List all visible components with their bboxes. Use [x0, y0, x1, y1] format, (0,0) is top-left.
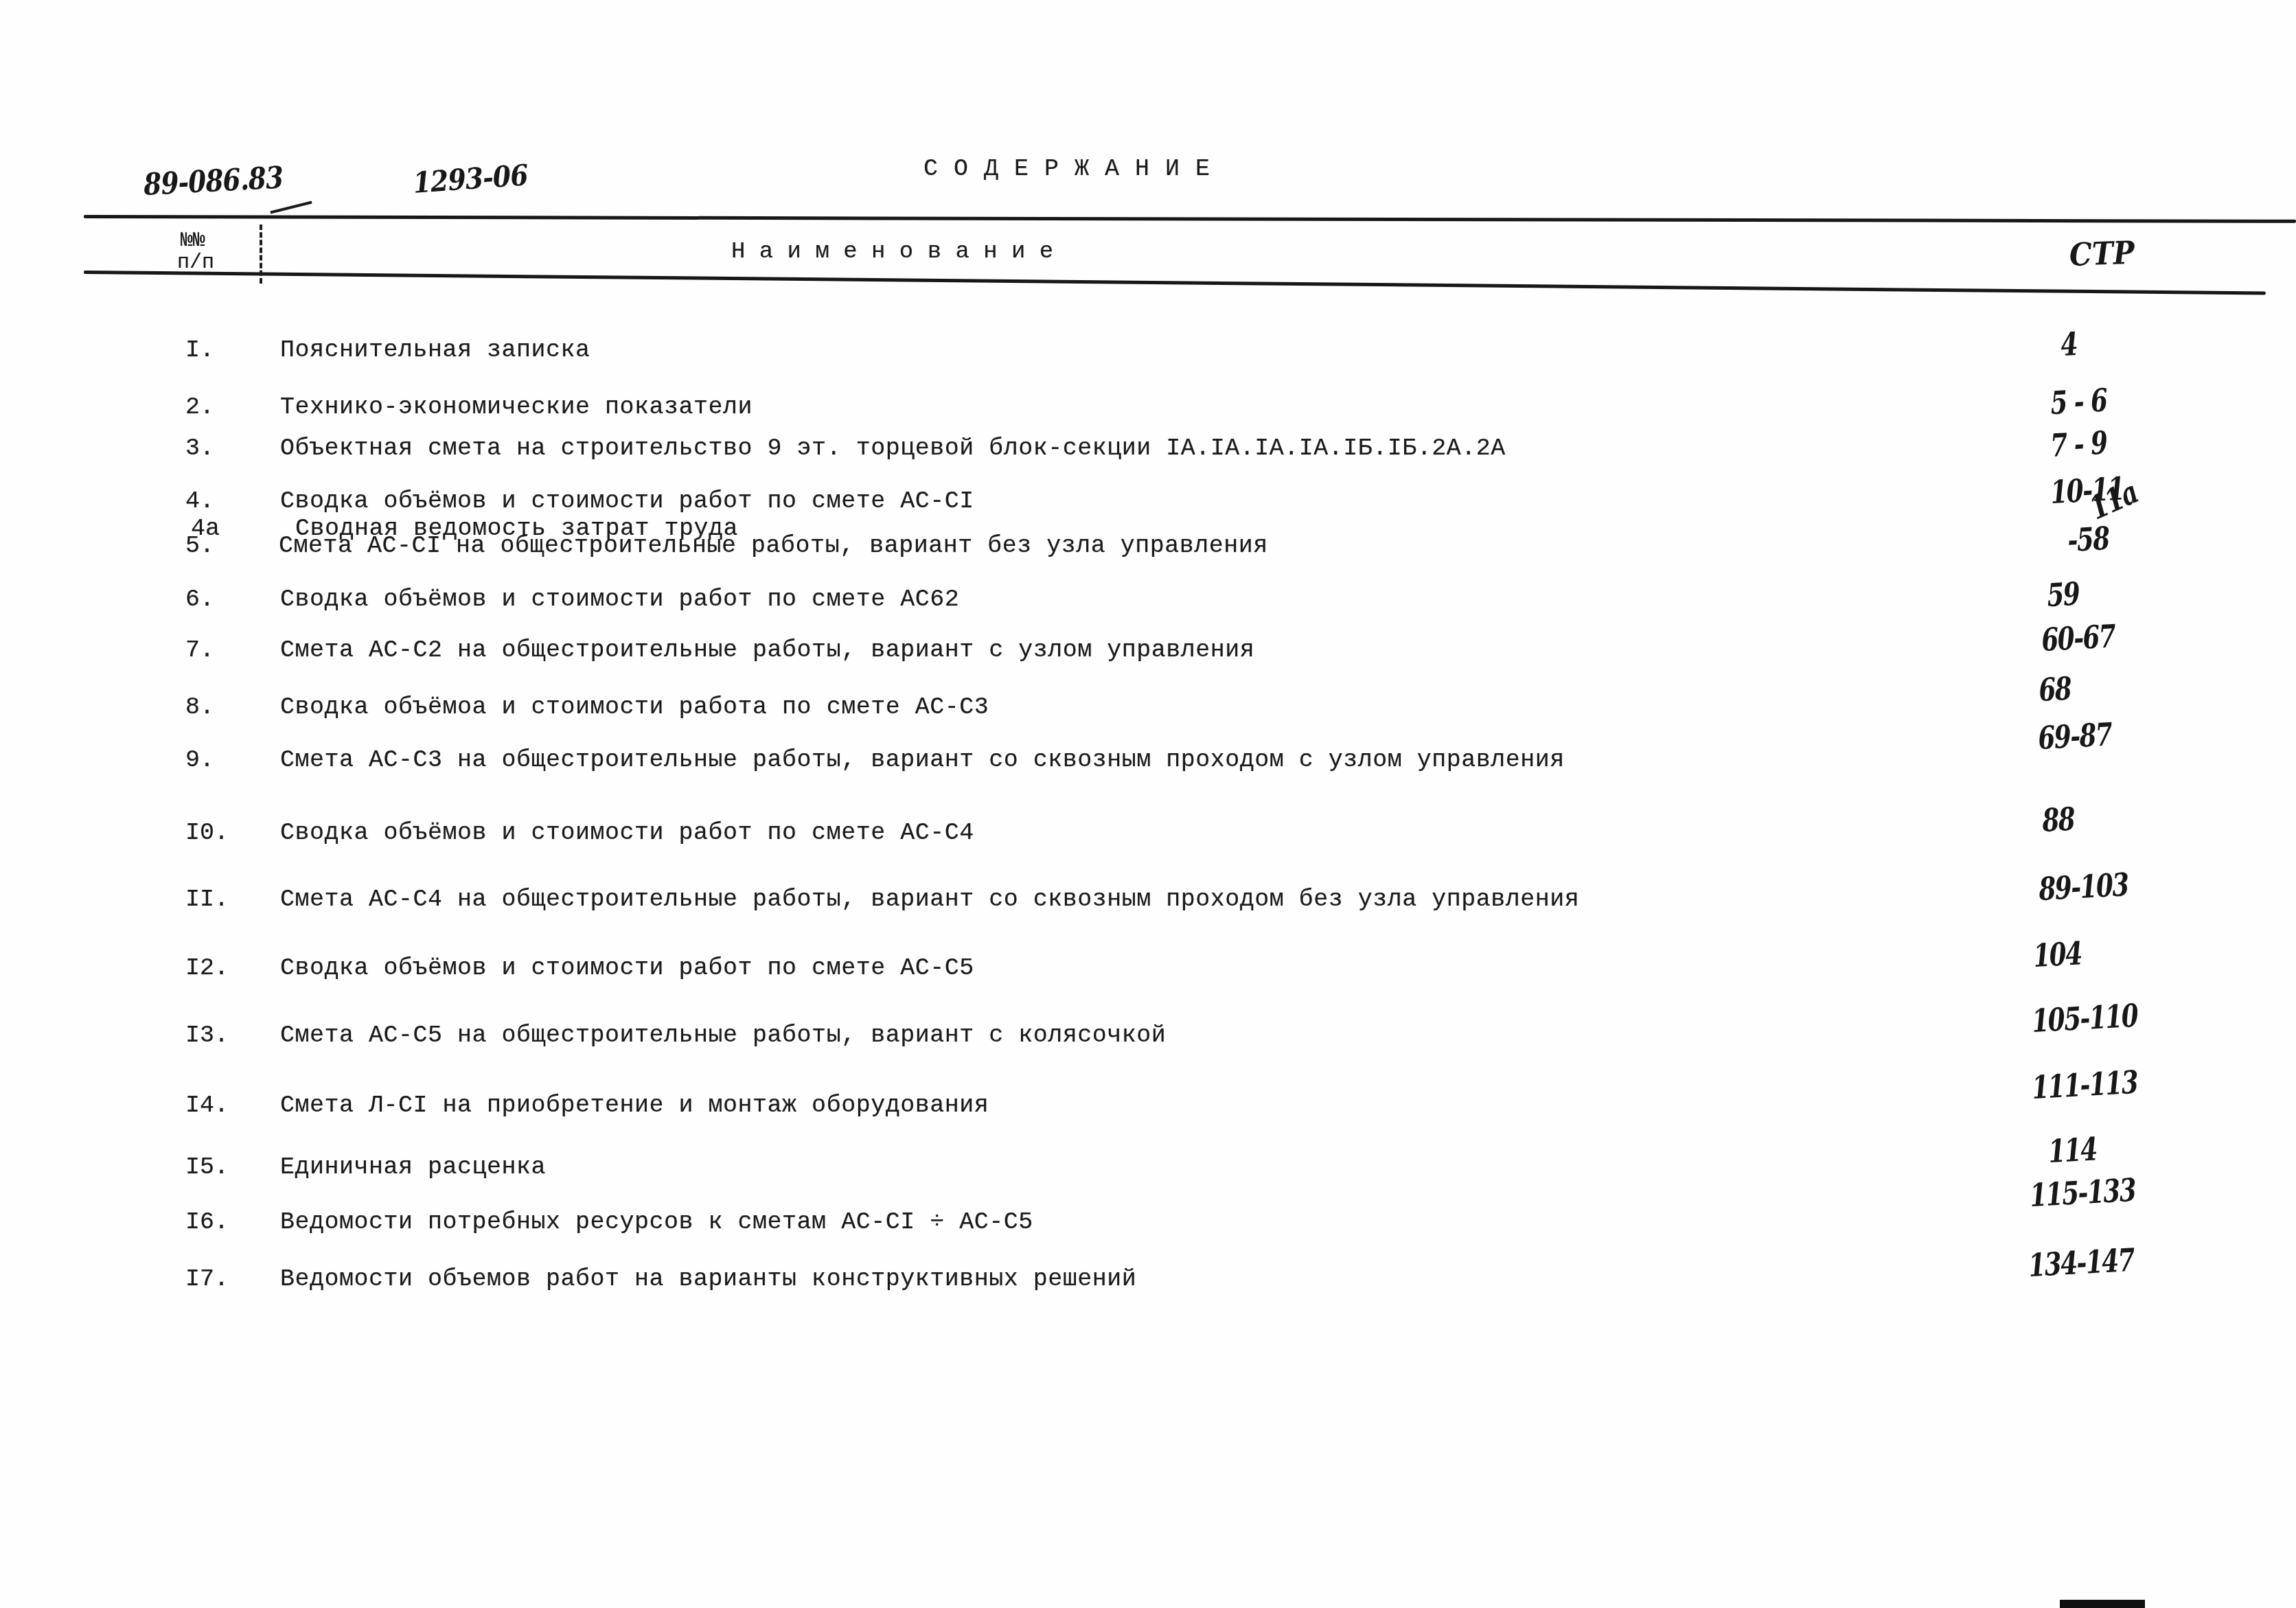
row-title: Смета Л-СI на приобретение и монтаж обор…: [280, 1092, 989, 1119]
header-rule-bottom: [84, 271, 2266, 295]
row-page-number: 7 - 9: [2050, 424, 2108, 464]
row-number: 6.: [185, 586, 214, 613]
row-page-number: -58: [2067, 520, 2110, 559]
row-page-number: 134-147: [2028, 1241, 2135, 1284]
row-number: I0.: [185, 819, 229, 847]
row-number: I.: [185, 336, 214, 364]
header-column-divider: [260, 225, 262, 284]
row-page-number: 115-133: [2029, 1171, 2136, 1214]
row-title: Объектная смета на строительство 9 эт. т…: [280, 435, 1506, 462]
row-number: I6.: [185, 1208, 229, 1236]
row-number: I4.: [185, 1092, 229, 1119]
pen-underline-mark: [270, 201, 312, 214]
row-page-number: 104: [2032, 934, 2082, 974]
row-title: Ведомости потребных ресурсов к сметам АС…: [280, 1208, 1033, 1236]
row-number: I5.: [185, 1153, 229, 1181]
row-title: Сводка объёмов и стоимости работ по смет…: [280, 819, 974, 847]
row-number: I7.: [185, 1265, 229, 1293]
row-page-number: 4: [2060, 325, 2078, 363]
row-title: Смета АС-С4 на общестроительные работы, …: [280, 886, 1579, 913]
row-page-number: 68: [2038, 670, 2072, 709]
row-page-number: 5 - 6: [2050, 382, 2108, 422]
row-number: 4.: [185, 487, 214, 515]
row-title: Смета АС-СI на общестроительные работы, …: [279, 532, 1268, 560]
row-number: 8.: [185, 693, 214, 721]
handwritten-project-code: 1293-06: [412, 158, 529, 200]
row-title: Сводка объёмоа и стоимости работа по сме…: [280, 693, 989, 721]
row-page-number: 89-103: [2038, 866, 2129, 908]
row-page-number: 114: [2047, 1130, 2098, 1170]
row-page-number: 59: [2046, 575, 2080, 614]
row-title: Ведомости объемов работ на варианты конс…: [280, 1265, 1136, 1293]
column-header-pages: СТР: [2069, 234, 2135, 273]
header-rule-top: [84, 215, 2296, 223]
row-page-number: 60-67: [2041, 617, 2116, 658]
row-title: Пояснительная записка: [280, 336, 590, 364]
column-header-number-denominator: п/п: [177, 251, 214, 275]
column-header-name: Н а и м е н о в а н и е: [731, 239, 1053, 265]
row-page-number: 88: [2041, 801, 2076, 839]
page-title: С О Д Е Р Ж А Н И Е: [923, 155, 1210, 183]
row-title: Смета АС-С2 на общестроительные работы, …: [280, 636, 1254, 664]
row-number: I3.: [185, 1022, 229, 1049]
scan-edge-mark: [2060, 1600, 2145, 1608]
row-title: Смета АС-С3 на общестроительные работы, …: [280, 746, 1565, 774]
row-title: Технико-экономические показатели: [280, 393, 753, 421]
row-page-number: 111-113: [2031, 1064, 2138, 1106]
row-title: Сводка объёмов и стоимости работ по смет…: [280, 586, 959, 613]
handwritten-series-code: 89-086.83: [143, 160, 284, 203]
row-title: Сводка объёмов и стоимости работ по смет…: [280, 487, 974, 515]
row-number: 5.: [185, 532, 214, 560]
row-number: 9.: [185, 746, 214, 774]
row-number: 2.: [185, 393, 214, 421]
row-number: I2.: [185, 954, 229, 982]
row-page-number: 105-110: [2031, 997, 2138, 1040]
scanned-toc-page: { "page": { "title": "С О Д Е Р Ж А Н И …: [0, 0, 2296, 1608]
row-number: II.: [185, 886, 229, 913]
row-page-number: 69-87: [2037, 715, 2113, 757]
row-title: Смета АС-С5 на общестроительные работы, …: [280, 1022, 1166, 1049]
row-title: Единичная расценка: [280, 1153, 546, 1181]
column-header-number: №№: [181, 229, 205, 253]
row-number: 3.: [185, 435, 214, 462]
row-title: Сводка объёмов и стоимости работ по смет…: [280, 954, 974, 982]
row-number: 7.: [185, 636, 214, 664]
